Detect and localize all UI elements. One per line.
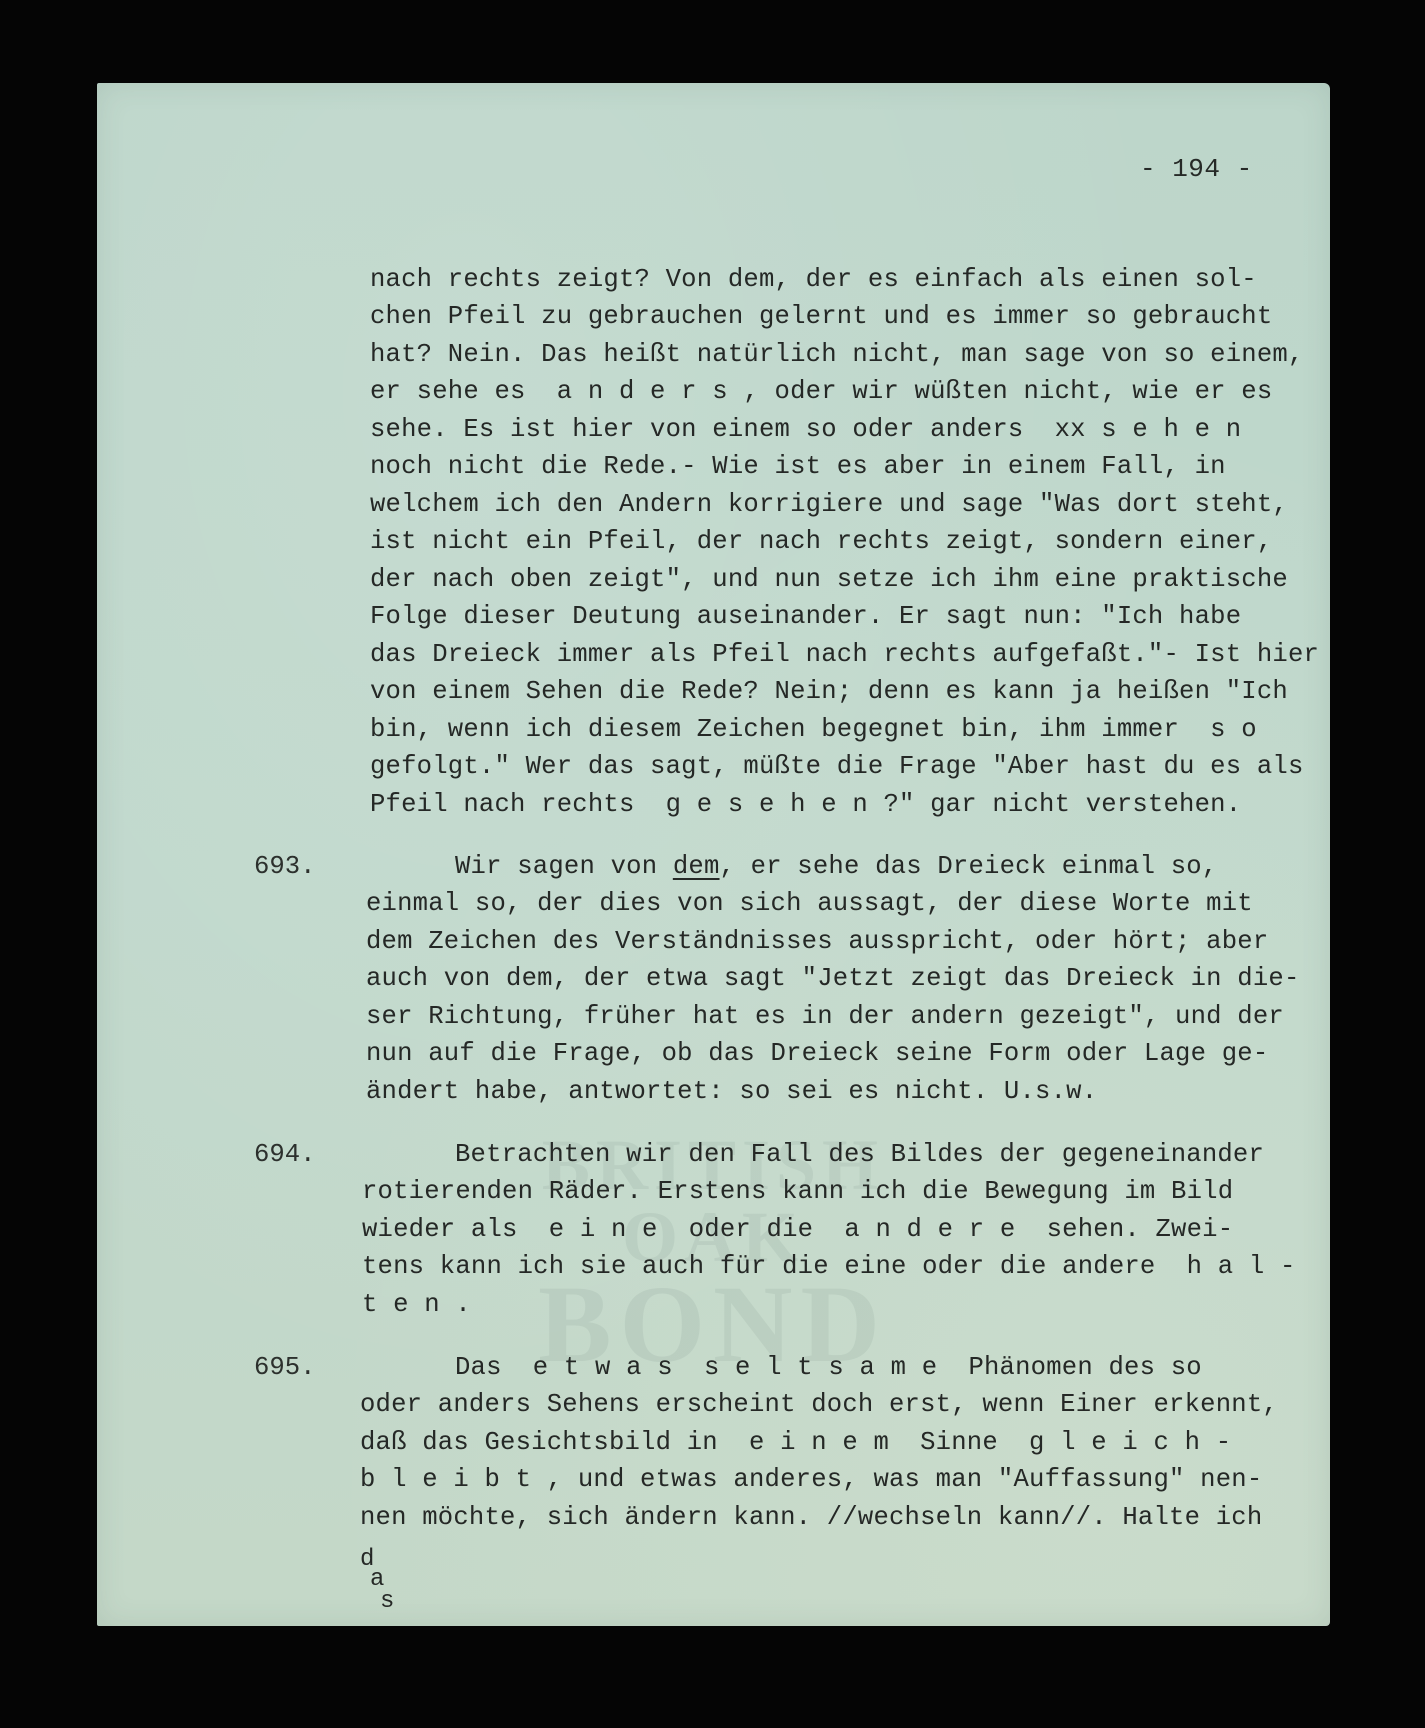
text-line: chen Pfeil zu gebrauchen gelernt und es … [370, 302, 1272, 332]
text-fragment: Wir sagen von [455, 852, 673, 881]
text-line: nun auf die Frage, ob das Dreieck seine … [366, 1039, 1268, 1069]
text-line: das Dreieck immer als Pfeil nach rechts … [370, 640, 1319, 670]
text-line: ser Richtung, früher hat es in der ander… [366, 1002, 1284, 1032]
text-line: noch nicht die Rede.- Wie ist es aber in… [370, 452, 1226, 482]
section-number-694: 694. [254, 1140, 315, 1170]
text-line: oder anders Sehens erscheint doch erst, … [360, 1390, 1278, 1420]
text-line: Pfeil nach rechts g e s e h e n ?" gar n… [370, 790, 1241, 820]
text-line: ist nicht ein Pfeil, der nach rechts zei… [370, 527, 1272, 557]
text-line: tens kann ich sie auch für die eine oder… [362, 1252, 1296, 1282]
text-line: der nach oben zeigt", und nun setze ich … [370, 565, 1288, 595]
text-line: b l e i b t , und etwas anderes, was man… [360, 1465, 1262, 1495]
text-line: hat? Nein. Das heißt natürlich nicht, ma… [370, 340, 1304, 370]
text-line: er sehe es a n d e r s , oder wir wüßten… [370, 377, 1272, 407]
section-695-first-line: Das e t w a s s e l t s a m e Phänomen d… [455, 1353, 1202, 1383]
section-693-first-line: Wir sagen von dem, er sehe das Dreieck e… [455, 852, 1217, 882]
text-line: rotierenden Räder. Erstens kann ich die … [362, 1177, 1233, 1207]
page-number: - 194 - [1140, 154, 1253, 184]
text-line: sehe. Es ist hier von einem so oder ande… [370, 415, 1241, 445]
text-line: gefolgt." Wer das sagt, müßte die Frage … [370, 752, 1304, 782]
text-line: t e n . [362, 1290, 471, 1320]
text-line: einmal so, der dies von sich aussagt, de… [366, 889, 1253, 919]
text-line: nen möchte, sich ändern kann. //wechseln… [360, 1503, 1262, 1533]
text-line: Folge dieser Deutung auseinander. Er sag… [370, 602, 1241, 632]
text-line: wieder als e i n e oder die a n d e r e … [362, 1215, 1233, 1245]
text-line: auch von dem, der etwa sagt "Jetzt zeigt… [366, 964, 1300, 994]
text-fragment: , er sehe das Dreieck einmal so, [720, 852, 1218, 881]
text-line: nach rechts zeigt? Von dem, der es einfa… [370, 265, 1257, 295]
text-line: dem Zeichen des Verständnisses aussprich… [366, 927, 1268, 957]
section-number-695: 695. [254, 1353, 315, 1383]
underlined-word: dem [673, 852, 720, 881]
text-line: bin, wenn ich diesem Zeichen begegnet bi… [370, 715, 1257, 745]
text-line: daß das Gesichtsbild in e i n e m Sinne … [360, 1428, 1231, 1458]
text-line: welchem ich den Andern korrigiere und sa… [370, 490, 1288, 520]
staircase-letter: s [380, 1590, 394, 1614]
section-694-first-line: Betrachten wir den Fall des Bildes der g… [455, 1140, 1264, 1170]
text-line: von einem Sehen die Rede? Nein; denn es … [370, 677, 1288, 707]
text-line: ändert habe, antwortet: so sei es nicht.… [366, 1077, 1097, 1107]
section-number-693: 693. [254, 852, 315, 882]
